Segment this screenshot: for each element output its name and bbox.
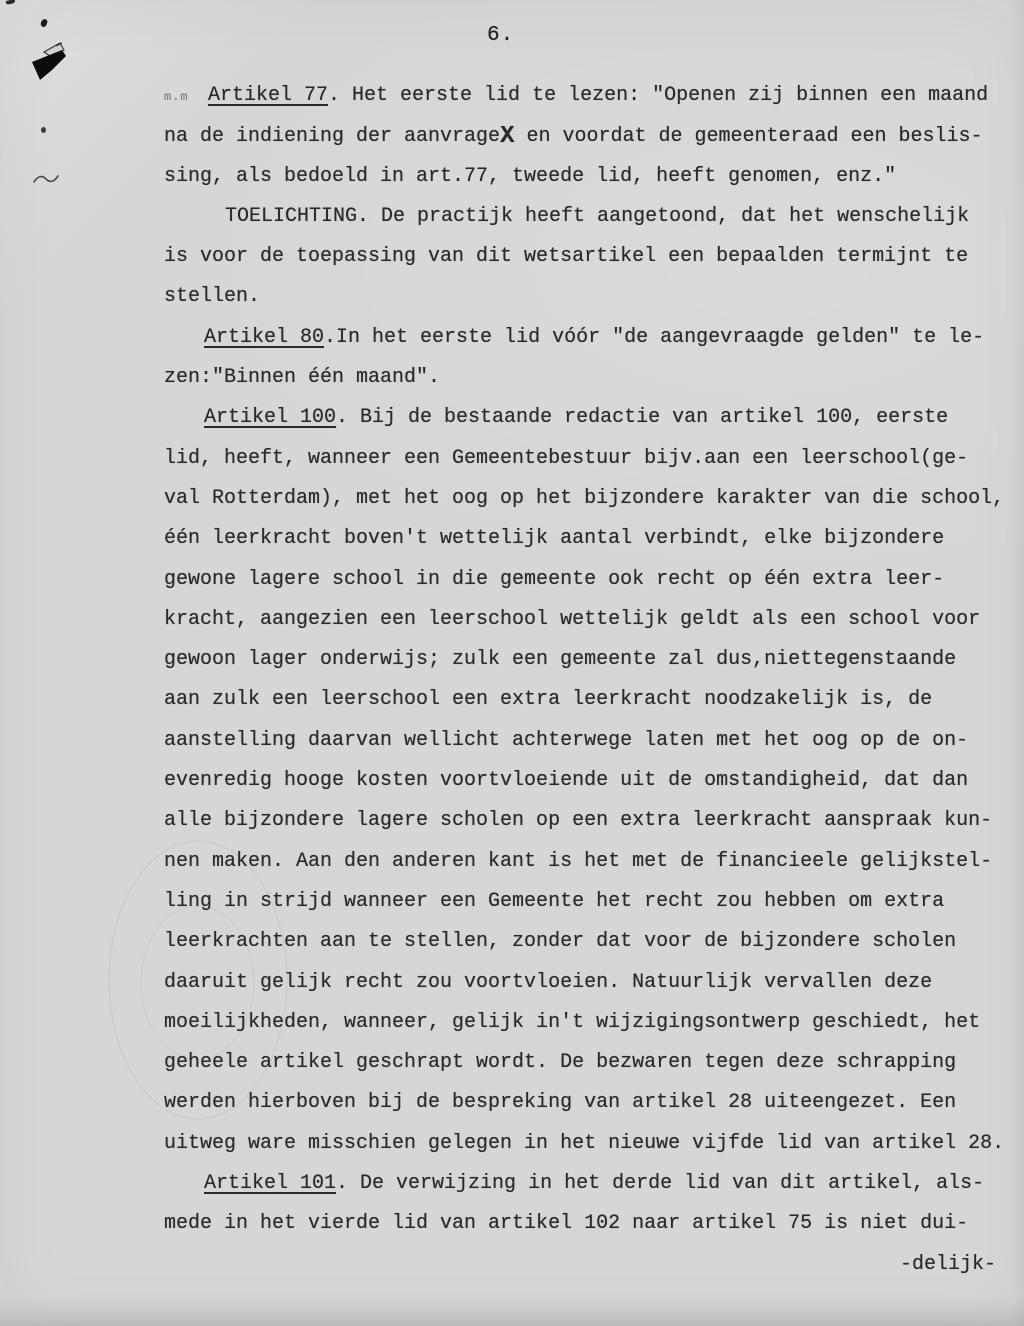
ink-mark-icon [6,0,16,5]
text-line: m.mArtikel 77. Het eerste lid te lezen: … [164,76,1022,116]
text-segment: . Het eerste lid te lezen: "Openen zij b… [328,84,988,107]
text-line: moeilijkheden, wanneer, gelijk in't wijz… [164,1003,1022,1043]
text-segment: aan zulk een leerschool een extra leerkr… [164,688,932,711]
text-line: zen:"Binnen één maand". [164,358,1022,398]
text-segment: gewone lagere school in die gemeente ook… [164,568,944,591]
text-segment: kracht, aangezien een leerschool wetteli… [164,608,980,631]
text-segment: na de indiening der aanvrage [164,125,500,148]
text-segment: . De verwijzing in het derde lid van dit… [336,1172,984,1195]
text-line: ling in strijd wanneer een Gemeente het … [164,882,1022,922]
text-segment: geheele artikel geschrapt wordt. De bezw… [164,1051,956,1074]
text-segment: werden hierboven bij de bespreking van a… [164,1091,956,1114]
text-line: aanstelling daarvan wellicht achterwege … [164,721,1022,761]
article-heading: Artikel 101 [204,1172,336,1195]
text-line: alle bijzondere lagere scholen op een ex… [164,801,1022,841]
text-line: gewone lagere school in die gemeente ook… [164,560,1022,600]
text-line: val Rotterdam), met het oog op het bijzo… [164,479,1022,519]
text-segment: lid, heeft, wanneer een Gemeentebestuur … [164,447,968,470]
text-segment: zen:"Binnen één maand". [164,366,440,389]
ink-dot-icon [41,127,46,133]
text-line: kracht, aangezien een leerschool wetteli… [164,600,1022,640]
text-line: is voor de toepassing van dit wetsartike… [164,237,1022,277]
text-line: daaruit gelijk recht zou voortvloeien. N… [164,963,1022,1003]
text-segment: moeilijkheden, wanneer, gelijk in't wijz… [164,1011,980,1034]
text-segment: evenredig hooge kosten voortvloeiende ui… [164,769,968,792]
text-line: gewoon lager onderwijs; zulk een gemeent… [164,640,1022,680]
text-line: Artikel 100. Bij de bestaande redactie v… [164,398,1022,438]
text-segment: gewoon lager onderwijs; zulk een gemeent… [164,648,956,671]
text-line: nen maken. Aan den anderen kant is het m… [164,842,1022,882]
ink-squiggle-icon [32,170,60,186]
text-segment: TOELICHTING. De practijk heeft aangetoon… [225,205,969,228]
text-segment: uitweg ware misschien gelegen in het nie… [164,1132,1004,1155]
text-segment: alle bijzondere lagere scholen op een ex… [164,809,992,832]
article-heading: Artikel 100 [204,406,336,429]
text-line: uitweg ware misschien gelegen in het nie… [164,1124,1022,1164]
text-segment: mede in het vierde lid van artikel 102 n… [164,1212,968,1235]
strikeover-x-mark: X [500,117,514,157]
article-heading: Artikel 77 [208,84,328,107]
text-segment: -delijk- [900,1253,996,1276]
document-page: 6. m.mArtikel 77. Het eerste lid te leze… [0,0,1024,1326]
text-line: -delijk- [164,1245,1022,1285]
text-segment: en voordat de gemeenteraad een beslis- [514,125,982,148]
text-line: aan zulk een leerschool een extra leerkr… [164,680,1022,720]
text-line: geheele artikel geschrapt wordt. De bezw… [164,1043,1022,1083]
text-line: stellen. [164,277,1022,317]
text-line: leerkrachten aan te stellen, zonder dat … [164,922,1022,962]
text-segment: ling in strijd wanneer een Gemeente het … [164,890,944,913]
text-line: evenredig hooge kosten voortvloeiende ui… [164,761,1022,801]
text-segment: één leerkracht boven't wettelijk aantal … [164,527,944,550]
ink-dot-icon [40,18,48,27]
text-line: werden hierboven bij de bespreking van a… [164,1083,1022,1123]
ink-blot-icon [26,40,72,86]
text-segment: leerkrachten aan te stellen, zonder dat … [164,930,956,953]
document-lines: m.mArtikel 77. Het eerste lid te lezen: … [164,76,1022,1285]
text-line: lid, heeft, wanneer een Gemeentebestuur … [164,439,1022,479]
text-segment: . Bij de bestaande redactie van artikel … [336,406,948,429]
text-segment: aanstelling daarvan wellicht achterwege … [164,729,968,752]
text-segment: is voor de toepassing van dit wetsartike… [164,245,968,268]
text-line: Artikel 80.In het eerste lid vóór "de aa… [164,318,1022,358]
text-line: TOELICHTING. De practijk heeft aangetoon… [164,197,1022,237]
text-line: na de indiening der aanvrageX en voordat… [164,116,1022,156]
text-segment: val Rotterdam), met het oog op het bijzo… [164,487,1004,510]
text-segment: .In het eerste lid vóór "de aangevraagde… [324,326,984,349]
text-segment: stellen. [164,285,260,308]
text-segment: sing, als bedoeld in art.77, tweede lid,… [164,165,896,188]
text-line: sing, als bedoeld in art.77, tweede lid,… [164,157,1022,197]
margin-note: m.m [164,77,208,117]
page-number: 6. [487,24,514,47]
text-segment: daaruit gelijk recht zou voortvloeien. N… [164,971,932,994]
text-line: Artikel 101. De verwijzing in het derde … [164,1164,1022,1204]
text-line: één leerkracht boven't wettelijk aantal … [164,519,1022,559]
text-line: mede in het vierde lid van artikel 102 n… [164,1204,1022,1244]
article-heading: Artikel 80 [204,326,324,349]
text-segment: nen maken. Aan den anderen kant is het m… [164,850,992,873]
